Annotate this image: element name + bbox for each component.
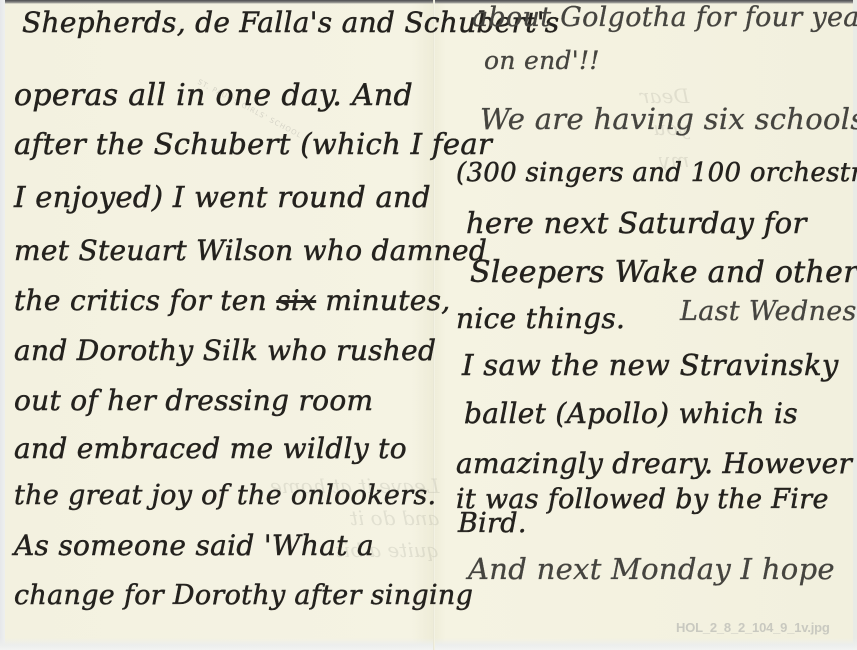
handwritten-line: Bird. bbox=[458, 508, 527, 539]
handwritten-line: here next Saturday for bbox=[466, 206, 807, 240]
letter-scan: ST. PAUL'S GIRLS' SCHOOL Leave it at hom… bbox=[0, 0, 857, 650]
handwritten-text: minutes, bbox=[325, 284, 450, 317]
handwritten-line: operas all in one day. And bbox=[14, 78, 413, 113]
struck-out-word: six bbox=[276, 284, 316, 317]
handwritten-text: the critics for ten bbox=[14, 284, 267, 317]
handwritten-line: about Golgotha for four years bbox=[472, 2, 857, 33]
handwritten-line: As someone said 'What a bbox=[14, 529, 374, 562]
right-page: about Golgotha for four years on end'!! … bbox=[452, 0, 852, 650]
handwritten-line: and Dorothy Silk who rushed bbox=[14, 334, 436, 367]
handwritten-line: Last Wednesday bbox=[680, 296, 857, 327]
handwritten-line: met Steuart Wilson who damned bbox=[14, 234, 487, 267]
handwritten-line: out of her dressing room bbox=[14, 384, 373, 417]
handwritten-line: We are having six schools bbox=[480, 102, 857, 136]
handwritten-line: after the Schubert (which I fear bbox=[14, 127, 492, 161]
handwritten-line: And next Monday I hope bbox=[468, 552, 835, 586]
handwritten-line: nice things. bbox=[456, 302, 625, 335]
handwritten-line: change for Dorothy after singing bbox=[14, 580, 473, 611]
handwritten-line: ballet (Apollo) which is bbox=[464, 397, 798, 430]
handwritten-line: and embraced me wildly to bbox=[14, 432, 407, 465]
handwritten-line: the critics for ten six minutes, bbox=[14, 284, 451, 317]
left-page: Shepherds, de Falla's and Schubert's ope… bbox=[8, 0, 432, 650]
handwritten-line: amazingly dreary. However bbox=[456, 447, 852, 480]
handwritten-line: Sleepers Wake and other bbox=[470, 255, 857, 290]
handwritten-line: on end'!! bbox=[484, 46, 600, 75]
handwritten-line: I enjoyed) I went round and bbox=[14, 180, 431, 214]
page-fold bbox=[433, 0, 435, 650]
filename-watermark: HOL_2_8_2_104_9_1v.jpg bbox=[676, 620, 830, 635]
handwritten-line: I saw the new Stravinsky bbox=[462, 348, 839, 382]
handwritten-line: (300 singers and 100 orchestra) bbox=[456, 158, 857, 188]
handwritten-line: the great joy of the onlookers. bbox=[14, 480, 436, 511]
scan-left-edge bbox=[0, 0, 5, 650]
